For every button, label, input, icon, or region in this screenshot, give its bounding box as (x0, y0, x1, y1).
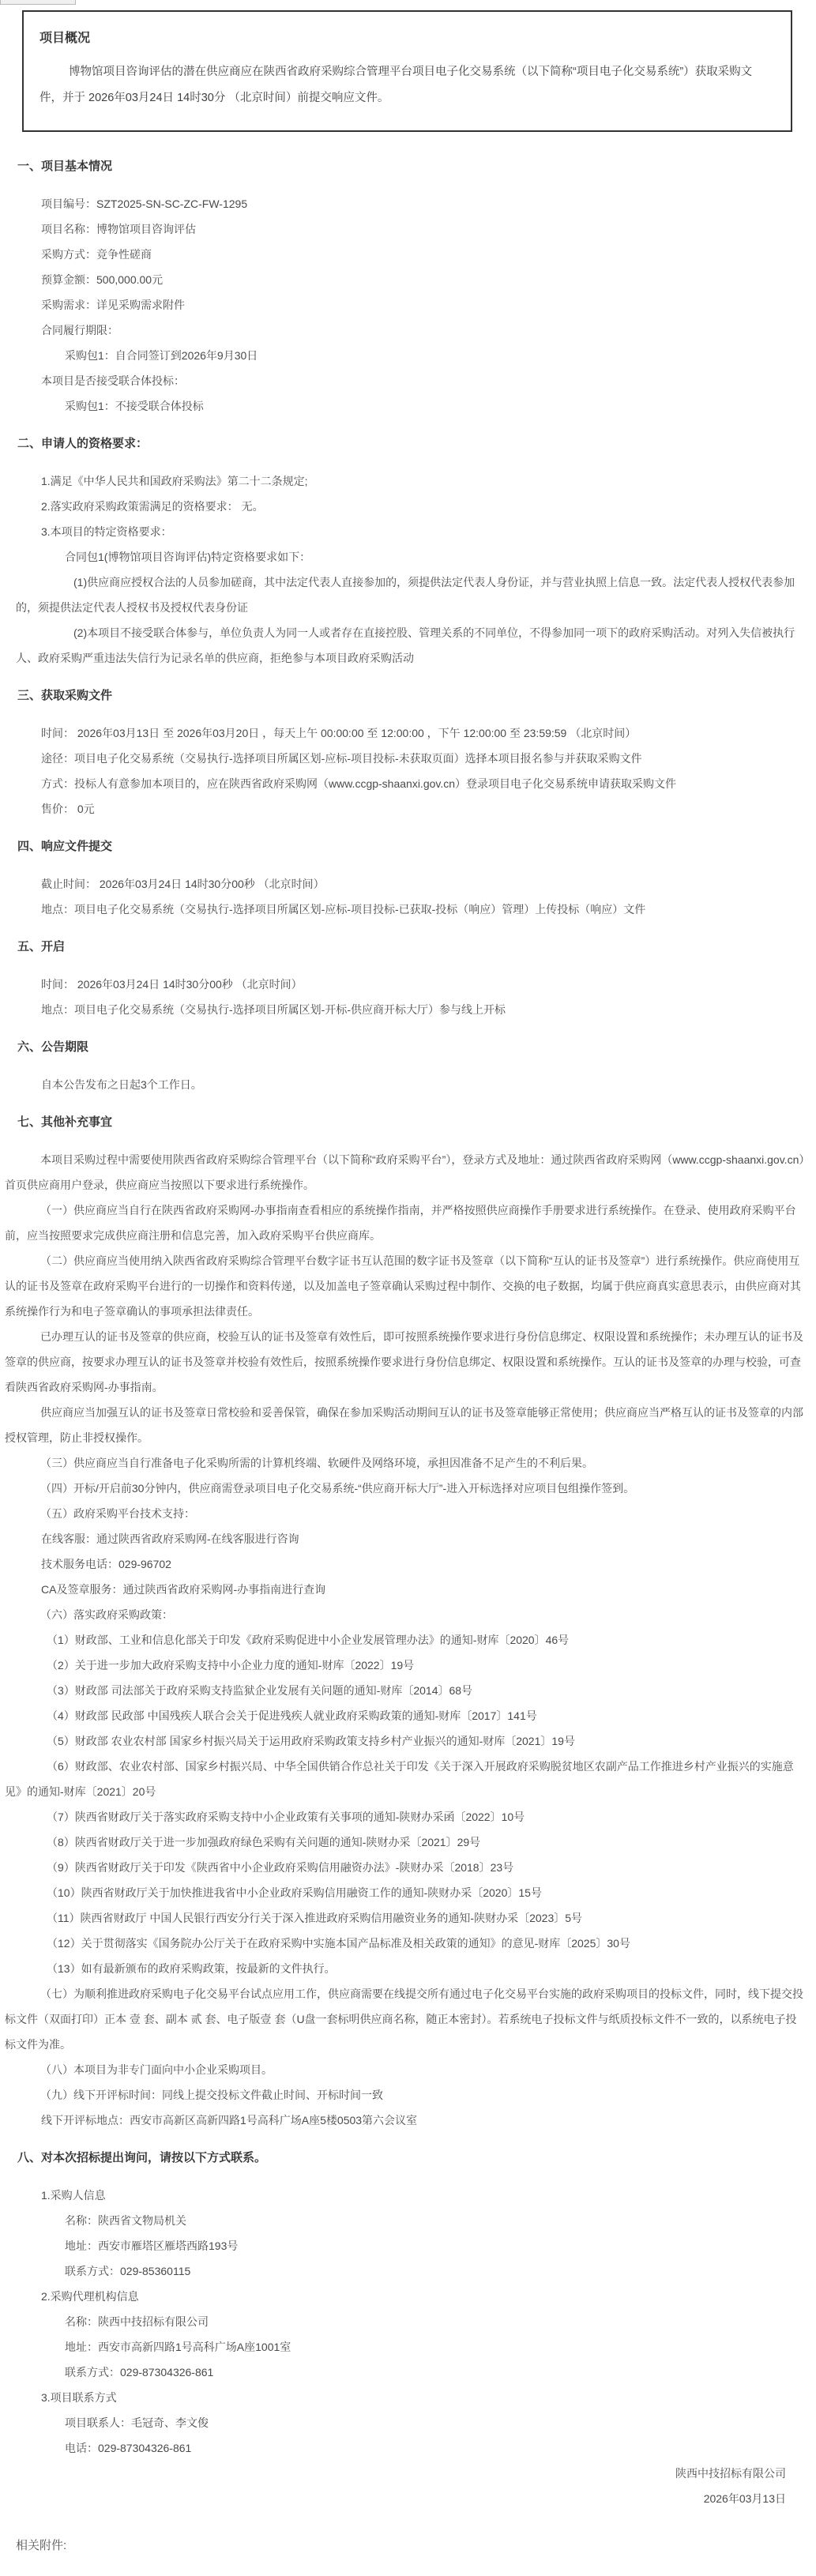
doc-line: 预算金额：500,000.00元 (41, 267, 810, 292)
doc-line: （5）财政部 农业农村部 国家乡村振兴局关于运用政府采购政策支持乡村产业振兴的通… (5, 1728, 805, 1754)
doc-line: （9）陕西省财政厅关于印发《陕西省中小企业政府采购信用融资办法》-陕财办采〔20… (5, 1855, 805, 1880)
doc-line: （3）财政部 司法部关于政府采购支持监狱企业发展有关问题的通知-财库〔2014〕… (5, 1678, 805, 1703)
doc-line: 3.本项目的特定资格要求： (41, 519, 810, 544)
doc-line: 供应商应当加强互认的证书及签章日常校验和妥善保管，确保在参加采购活动期间互认的证… (5, 1400, 805, 1450)
doc-line: (1)供应商应授权合法的人员参加磋商，其中法定代表人直接参加的，须提供法定代表人… (16, 570, 802, 620)
doc-line: 截止时间： 2026年03月24日 14时30分00秒 （北京时间） (41, 871, 810, 897)
doc-line: 项目名称：博物馆项目咨询评估 (41, 216, 810, 242)
doc-line: 售价： 0元 (41, 796, 810, 822)
doc-line: 联系方式：029-87304326-861 (65, 2360, 810, 2385)
doc-line: 自本公告发布之日起3个工作日。 (41, 1072, 810, 1097)
doc-line: （12）关于贯彻落实《国务院办公厅关于在政府采购中实施本国产品标准及相关政策的通… (5, 1931, 805, 1956)
document-body: 一、项目基本情况项目编号：SZT2025-SN-SC-ZC-FW-1295项目名… (0, 132, 816, 2511)
doc-line: 时间： 2026年03月13日 至 2026年03月20日 ，每天上午 00:0… (41, 720, 810, 746)
doc-line: 在线客服：通过陕西省政府采购网-在线客服进行咨询 (41, 1526, 810, 1551)
doc-line: （6）财政部、农业农村部、国家乡村振兴局、中华全国供销合作总社关于印发《关于深入… (5, 1754, 805, 1804)
project-overview-box: 项目概况 博物馆项目咨询评估的潜在供应商应在陕西省政府采购综合管理平台项目电子化… (22, 10, 792, 132)
doc-line: （4）财政部 民政部 中国残疾人联合会关于促进残疾人就业政府采购政策的通知-财库… (5, 1703, 805, 1728)
doc-line: 电话：029-87304326-861 (65, 2435, 810, 2461)
doc-line: （7）陕西省财政厅关于落实政府采购支持中小企业政策有关事项的通知-陕财办采函〔2… (5, 1804, 805, 1830)
doc-line: 技术服务电话：029-96702 (41, 1551, 810, 1577)
top-edge-fragment (0, 0, 76, 5)
doc-line: （六）落实政府采购政策： (5, 1602, 805, 1627)
doc-line: 名称：陕西省文物局机关 (65, 2208, 810, 2233)
doc-line: （五）政府采购平台技术支持： (5, 1501, 805, 1526)
doc-line: 3.项目联系方式 (41, 2385, 810, 2410)
attachments-label: 相关附件: (16, 2537, 816, 2555)
doc-line: （二）供应商应当使用纳入陕西省政府采购综合管理平台数字证书互认范围的数字证书及签… (5, 1248, 805, 1324)
doc-line: （七）为顺利推进政府采购电子化交易平台试点应用工作，供应商需要在线提交所有通过电… (5, 1981, 805, 2057)
signature-line: 陕西中技招标有限公司 (0, 2461, 786, 2486)
section-heading: 二、申请人的资格要求： (17, 431, 810, 457)
doc-line: （8）陕西省财政厅关于进一步加强政府绿色采购有关问题的通知-陕财办采〔2021〕… (5, 1830, 805, 1855)
section-heading: 六、公告期限 (17, 1035, 810, 1060)
doc-line: 采购方式：竞争性磋商 (41, 242, 810, 267)
doc-line: 地址：西安市高新四路1号高科广场A座1001室 (65, 2334, 810, 2360)
section-heading: 三、获取采购文件 (17, 683, 810, 709)
doc-line: 方式：投标人有意参加本项目的，应在陕西省政府采购网（www.ccgp-shaan… (41, 771, 810, 796)
doc-line: （九）线下开评标时间：同线上提交投标文件截止时间、开标时间一致 (5, 2082, 805, 2108)
doc-line: （13）如有最新颁布的政府采购政策，按最新的文件执行。 (5, 1956, 805, 1981)
doc-line: 项目编号：SZT2025-SN-SC-ZC-FW-1295 (41, 191, 810, 216)
doc-line: 项目联系人：毛冠奇、李文俊 (65, 2410, 810, 2435)
section-heading: 七、其他补充事宜 (17, 1110, 810, 1135)
doc-line: 时间： 2026年03月24日 14时30分00秒 （北京时间） (41, 972, 810, 997)
doc-line: 地点：项目电子化交易系统（交易执行-选择项目所属区划-应标-项目投标-已获取-投… (41, 897, 810, 922)
doc-line: 联系方式：029-85360115 (65, 2258, 810, 2284)
doc-line: 合同包1(博物馆项目咨询评估)特定资格要求如下： (65, 544, 810, 570)
doc-line: （四）开标/开启前30分钟内，供应商需登录项目电子化交易系统-“供应商开标大厅”… (5, 1476, 805, 1501)
overview-text: 博物馆项目咨询评估的潜在供应商应在陕西省政府采购综合管理平台项目电子化交易系统（… (39, 59, 773, 111)
section-heading: 一、项目基本情况 (17, 154, 810, 179)
doc-line: 本项目是否接受联合体投标： (41, 368, 810, 393)
doc-line: 本项目采购过程中需要使用陕西省政府采购综合管理平台（以下简称“政府采购平台”），… (5, 1147, 805, 1198)
doc-line: 途径：项目电子化交易系统（交易执行-选择项目所属区划-应标-项目投标-未获取页面… (41, 746, 810, 771)
doc-line: 2.采购代理机构信息 (41, 2284, 810, 2309)
doc-line: 1.采购人信息 (41, 2183, 810, 2208)
doc-line: （八）本项目为非专门面向中小企业采购项目。 (5, 2057, 805, 2082)
doc-line: 名称：陕西中技招标有限公司 (65, 2309, 810, 2334)
overview-title: 项目概况 (39, 29, 773, 48)
doc-line: （10）陕西省财政厅关于加快推进我省中小企业政府采购信用融资工作的通知-陕财办采… (5, 1880, 805, 1905)
doc-line: （1）财政部、工业和信息化部关于印发《政府采购促进中小企业发展管理办法》的通知-… (5, 1627, 805, 1653)
doc-line: 线下开评标地点：西安市高新区高新四路1号高科广场A座5楼0503第六会议室 (41, 2108, 810, 2133)
doc-line: 合同履行期限： (41, 318, 810, 343)
doc-line: 已办理互认的证书及签章的供应商，校验互认的证书及签章有效性后，即可按照系统操作要… (5, 1324, 805, 1400)
doc-line: CA及签章服务：通过陕西省政府采购网-办事指南进行查询 (41, 1577, 810, 1602)
doc-line: 采购包1：自合同签订到2026年9月30日 (65, 343, 810, 368)
doc-line: （三）供应商应当自行准备电子化采购所需的计算机终端、软硬件及网络环境，承担因准备… (5, 1450, 805, 1476)
doc-line: 2.落实政府采购政策需满足的资格要求： 无。 (41, 494, 810, 519)
doc-line: 地点：项目电子化交易系统（交易执行-选择项目所属区划-开标-供应商开标大厅）参与… (41, 997, 810, 1022)
doc-line: （2）关于进一步加大政府采购支持中小企业力度的通知-财库〔2022〕19号 (5, 1653, 805, 1678)
section-heading: 五、开启 (17, 935, 810, 960)
section-heading: 四、响应文件提交 (17, 834, 810, 859)
doc-line: 采购包1：不接受联合体投标 (65, 393, 810, 419)
section-heading: 八、对本次招标提出询问，请按以下方式联系。 (17, 2145, 810, 2171)
doc-line: （11）陕西省财政厅 中国人民银行西安分行关于深入推进政府采购信用融资业务的通知… (5, 1905, 805, 1931)
doc-line: 地址：西安市雁塔区雁塔西路193号 (65, 2233, 810, 2258)
doc-line: 1.满足《中华人民共和国政府采购法》第二十二条规定; (41, 468, 810, 494)
doc-line: （一）供应商应当自行在陕西省政府采购网-办事指南查看相应的系统操作指南，并严格按… (5, 1198, 805, 1248)
doc-line: (2)本项目不接受联合体参与，单位负责人为同一人或者存在直接控股、管理关系的不同… (16, 620, 802, 671)
doc-line: 采购需求：详见采购需求附件 (41, 292, 810, 318)
signature-line: 2026年03月13日 (0, 2486, 786, 2511)
